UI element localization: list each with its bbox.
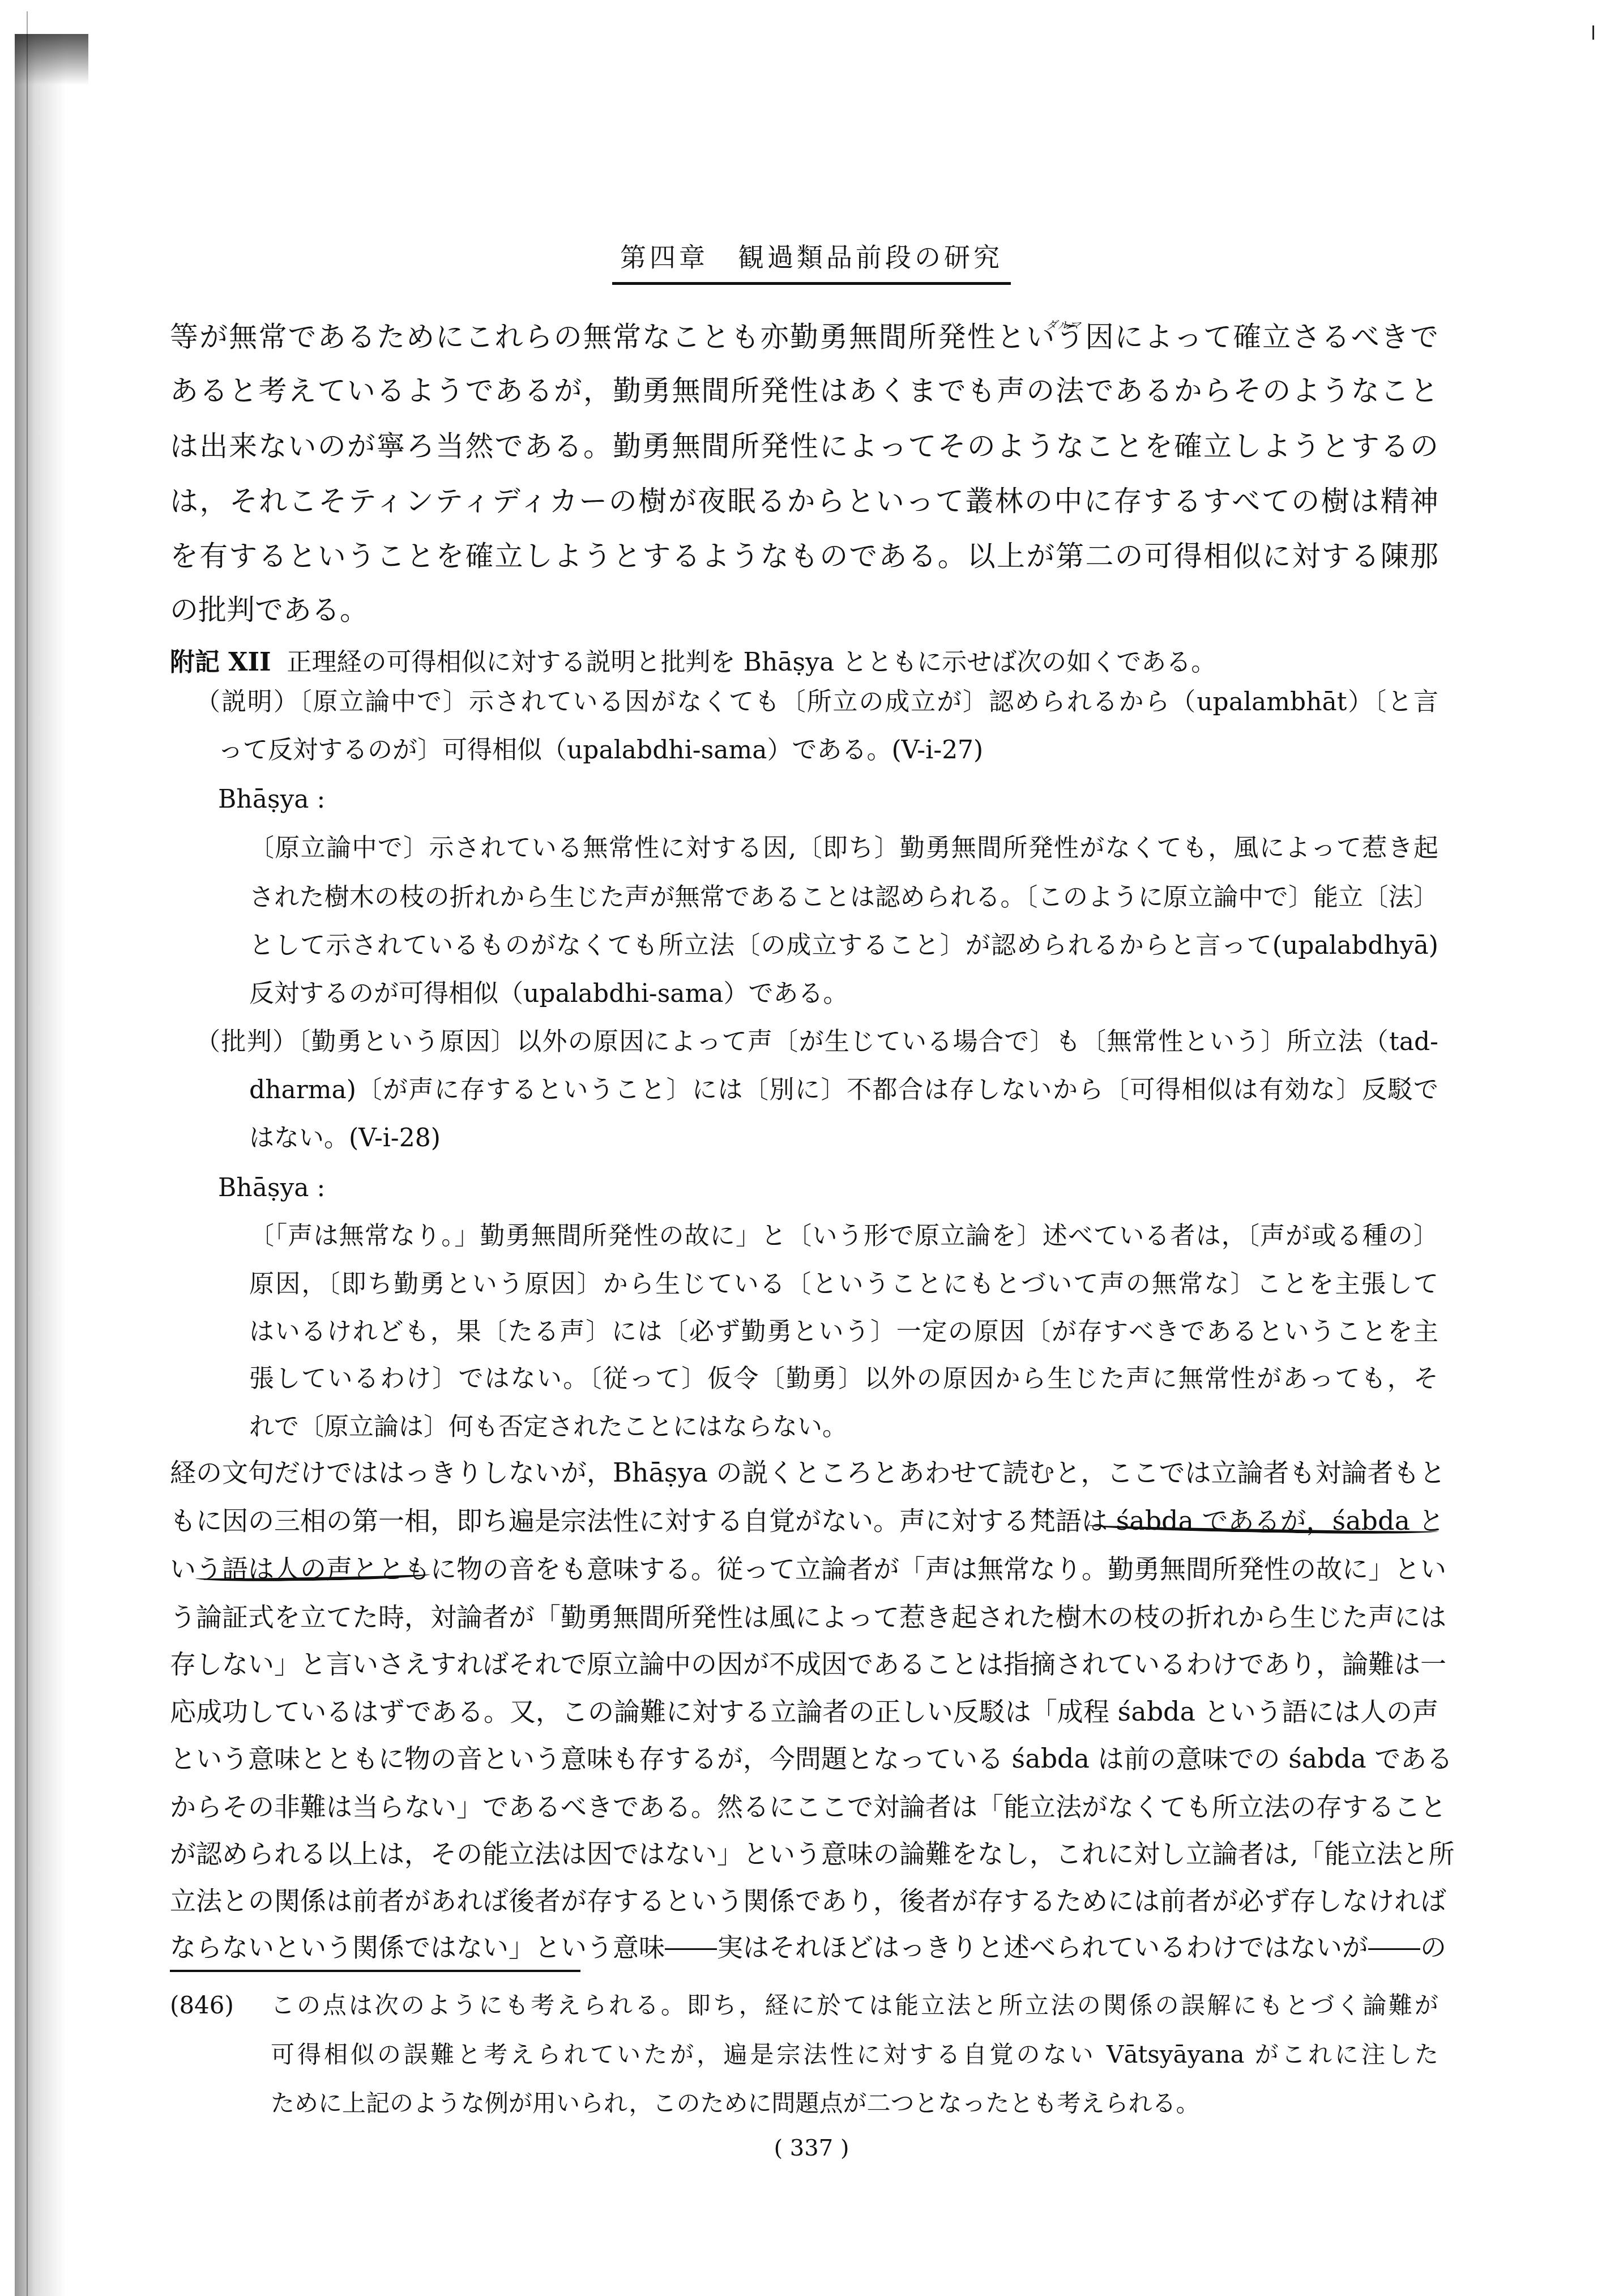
footnote-line: 可得相似の誤難と考えられていたが，遍是宗法性に対する自覚のない Vātsyāya… [271,2040,1438,2069]
footnote-rule [170,1970,580,1972]
body-line: あると考えているようであるが，勤勇無間所発性はあくまでも声の法であるからそのよう… [170,374,1438,408]
body-line: を有するということを確立しようとするようなものである。以上が第二の可得相似に対す… [170,539,1438,573]
body-line: 等が無常であるためにこれらの無常なことも亦勤勇無間所発性という因によって確立さる… [170,320,1438,354]
body-line: う論証式を立てた時，対論者が「勤勇無間所発性は風によって惹き起された樹木の枝の折… [170,1600,1438,1634]
body-line: という意味とともに物の音という意味も存するが，今問題となっている śabda は… [170,1742,1438,1776]
body-line: 立法との関係は前者があれば後者が存するという関係であり，後者が存するためには前者… [170,1884,1438,1918]
body-line: 存しない」と言いさえすればそれで原立論中の因が不成因であることは指摘されているわ… [170,1647,1438,1681]
bhasya-line: された樹木の枝の折れから生じた声が無常であることは認められる。〔このように原立論… [249,881,1438,915]
bhasya-line: として示されているものがなくても所立法〔の成立すること〕が認められるからと言って… [249,929,1438,963]
bhasya-line: 〔原立論中で〕示されている無常性に対する因,〔即ち〕勤勇無間所発性がなくても，風… [249,831,1438,865]
critique-line: （批判）〔勤勇という原因〕以外の原因によって声〔が生じている場合で〕も〔無常性と… [195,1025,1438,1059]
bhasya-line: 〔「声は無常なり。」勤勇無間所発性の故に」と〔いう形で原立論を〕述べている者は，… [249,1219,1438,1253]
body-line: からその非難は当らない」であるべきである。然るにここで対論者は「能立法がなくても… [170,1790,1438,1824]
appendix-label: 附記 XII [170,648,271,677]
scan-shadow [15,34,66,2296]
chapter-title: 第四章 観過類品前段の研究 [612,237,1011,285]
body-line: は出来ないのが寧ろ当然である。勤勇無間所発性によってそのようなことを確立しようと… [170,429,1438,463]
footnote-line: ために上記のような例が用いられ，このために問題点が二つとなったとも考えられる。 [271,2089,1438,2118]
appendix-heading: 附記 XII 正理経の可得相似に対する説明と批判を Bhāṣya とともに示せば… [170,646,1438,680]
scan-shadow-top [15,34,88,85]
page-number: ( 337 ) [0,2135,1623,2161]
bhasya-line: 張しているわけ〕ではない。〔従って〕仮令〔勤勇〕以外の原因から生じた声に無常性が… [249,1362,1438,1396]
critique-line: dharma)〔が声に存するということ〕には〔別に〕不都合は存しないから〔可得相… [249,1073,1438,1107]
gutter-line [27,11,28,2296]
explanation-line: （説明）〔原立論中で〕示されている因がなくても〔所立の成立が〕認められるから（u… [195,685,1438,719]
bhasya-line: はいるけれども，果〔たる声〕には〔必ず勤勇という〕一定の原因〔が存すべきであると… [249,1315,1438,1349]
body-line: は，それこそティンティディカーの樹が夜眠るからといって叢林の中に存するすべての樹… [170,484,1438,518]
critique-line: はない。(V-i-28) [249,1121,1438,1155]
explanation-line: って反対するのが〕可得相似（upalabdhi-sama）である。(V-i-27… [218,733,1438,767]
bhasya-line: れで〔原立論は〕何も否定されたことにはならない。 [249,1410,1438,1444]
bhasya-line: 原因，〔即ち勤勇という原因〕から生じている〔ということにもとづいて声の無常な〕こ… [249,1268,1438,1301]
body-line: が認められる以上は，その能立法は因ではない」という意味の論難をなし，これに対し立… [170,1837,1438,1871]
running-header: 第四章 観過類品前段の研究 [0,237,1623,285]
appendix-intro: 正理経の可得相似に対する説明と批判を Bhāṣya とともに示せば次の如くである… [287,648,1216,677]
body-line: いう語は人の声とともに物の音をも意味する。従って立論者が「声は無常なり。勤勇無間… [170,1552,1438,1586]
footnote-number: (846) [170,1991,249,2020]
footnote-line: この点は次のようにも考えられる。即ち，経に於ては能立法と所立法の関係の誤解にもと… [271,1991,1438,2020]
body-line: の批判である。 [170,593,1438,627]
bhasya-label: Bhāṣya : [218,1171,1438,1205]
bhasya-label: Bhāṣya : [218,783,1438,817]
bhasya-line: 反対するのが可得相似（upalabdhi-sama）である。 [249,977,1438,1011]
body-line: ならないという関係ではない」という意味――実はそれほどはっきりと述べられているわ… [170,1930,1438,1964]
edge-mark [1592,25,1594,40]
body-line: 経の文句だけでははっきりしないが，Bhāṣya の説くところとあわせて読むと，こ… [170,1456,1438,1490]
body-line: もに因の三相の第一相，即ち遍是宗法性に対する自覚がない。声に対する梵語は śab… [170,1504,1438,1538]
body-line: 応成功しているはずである。又，この論難に対する立論者の正しい反駁は「成程 śab… [170,1695,1438,1729]
